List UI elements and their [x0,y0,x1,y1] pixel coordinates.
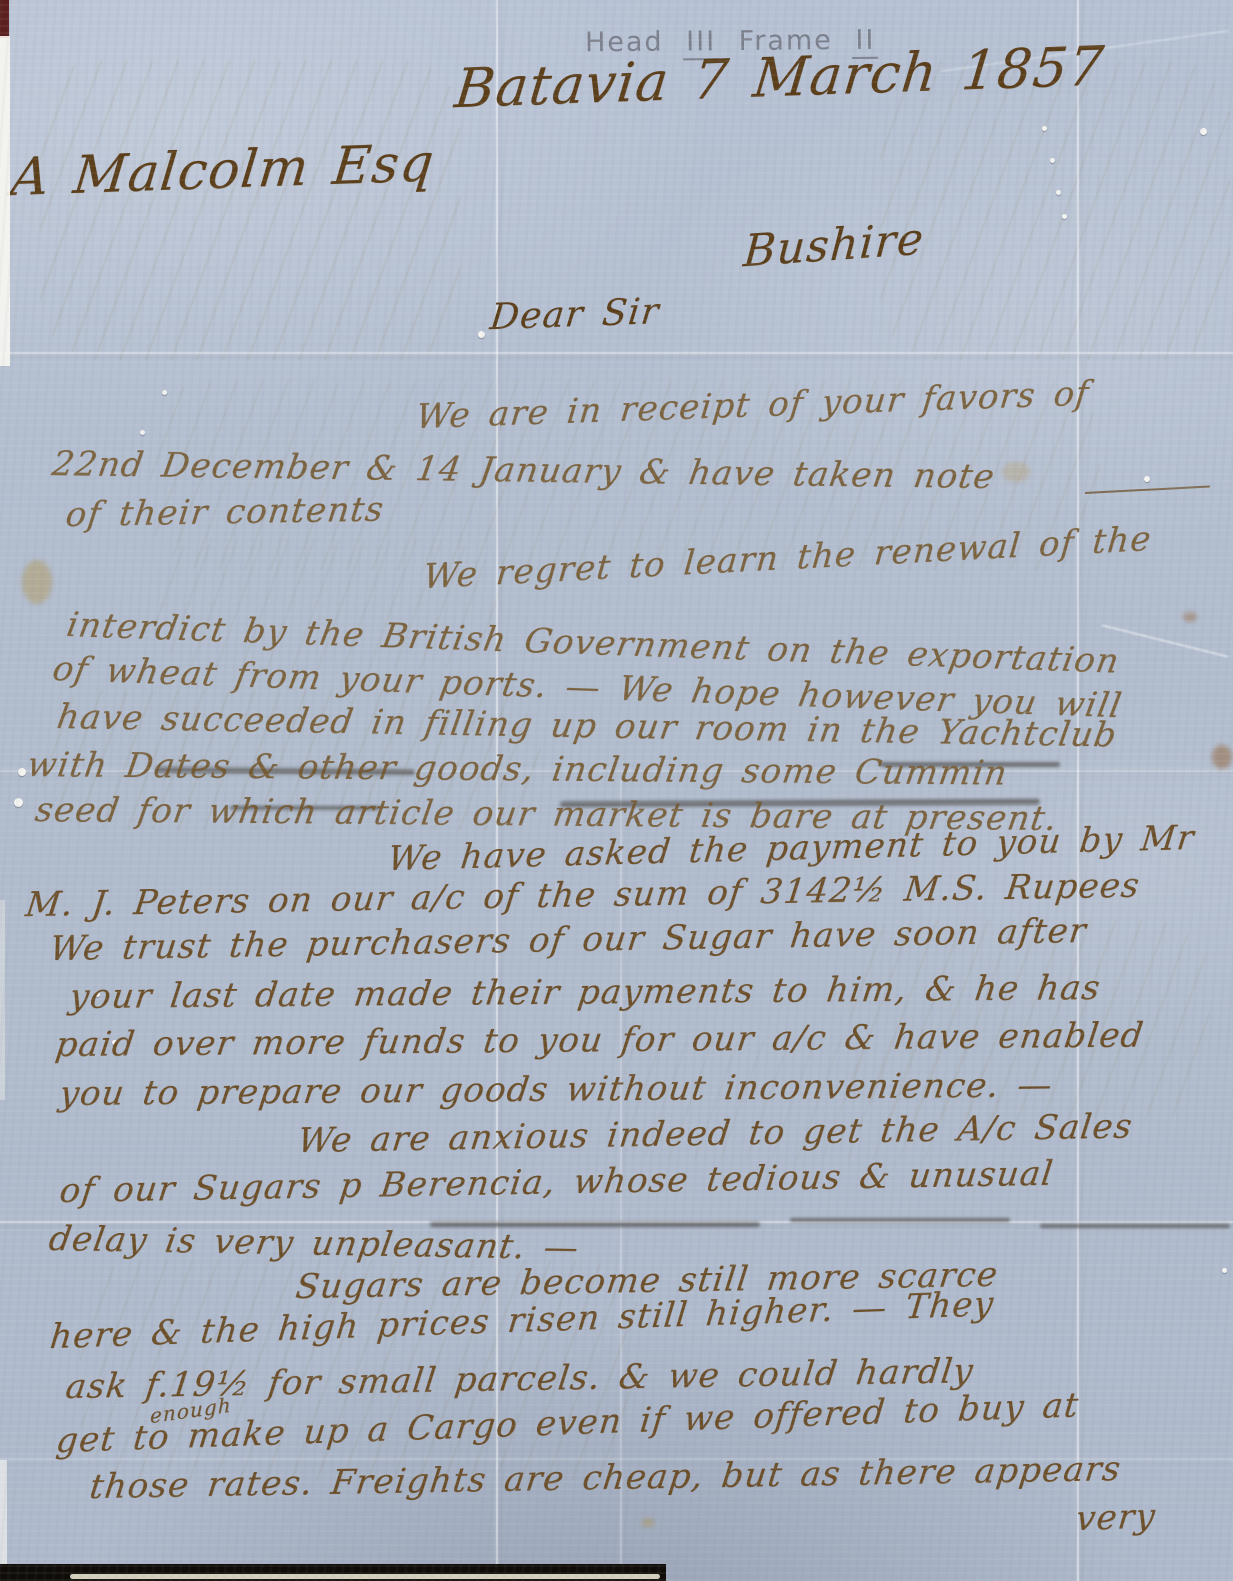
paper-hole [140,430,145,435]
fold-crease-vertical [1077,0,1079,1581]
dateline: Batavia 7 March 1857 [452,39,1107,116]
scan-edge-strip [0,900,5,1100]
fold-crease-vertical [496,0,498,1581]
addressee-name: A Malcolm Esq [9,137,438,204]
paper-hole [1222,1268,1227,1273]
paper-hole [1144,476,1150,482]
catchword: very [1074,1499,1157,1536]
paper-hole [1042,126,1047,131]
letter-line: you to prepare our goods without inconve… [58,1068,1056,1111]
paper-hole [1050,158,1055,163]
paper-stain [642,1518,654,1527]
letter-line: We are in receipt of your favors of [414,376,1091,434]
paper-hole [1056,190,1061,195]
ink-smudge [790,1218,1010,1222]
scan-edge-strip [0,36,10,366]
letter-line: We regret to learn the renewal of the [422,522,1153,594]
paper-hole [1062,214,1067,219]
letter-line: paid over more funds to you for our a/c … [54,1019,1147,1063]
addressee-place: Bushire [742,217,926,274]
paper-hole [1200,128,1207,135]
fold-crease-horizontal [0,352,1233,354]
ghost-writing [880,60,1230,360]
paper-hole [14,798,23,807]
paper-stain [1212,745,1232,769]
letter-line: delay is very unpleasant. — [47,1222,582,1265]
ink-flourish [1085,485,1210,494]
scan-edge-strip [0,1460,7,1565]
paper-hole [478,331,485,338]
salutation: Dear Sir [488,294,661,336]
letter-line: 22nd December & 14 January & have taken … [50,447,998,494]
letter-line: of our Sugars p Berencia, whose tedious … [58,1157,1056,1208]
paper-hole [18,768,26,776]
paper-stain [1183,612,1197,622]
letter-line: of their contents [64,492,386,532]
ink-smudge [1040,1224,1230,1228]
letter-line: with Dates & other goods, including some… [25,748,1010,791]
scan-edge-strip [70,1574,660,1579]
letter-line: your last date made their payments to hi… [68,971,1103,1014]
letter-line: We are anxious indeed to get the A/c Sal… [296,1109,1135,1158]
scan-edge-mark [0,0,9,38]
scanned-letter-page: Head III Frame II Batavia 7 March 1857 A… [0,0,1233,1581]
ghost-writing [40,60,460,360]
paper-stain [1002,462,1030,482]
paper-hole [162,390,167,395]
paper-stain [22,560,52,604]
